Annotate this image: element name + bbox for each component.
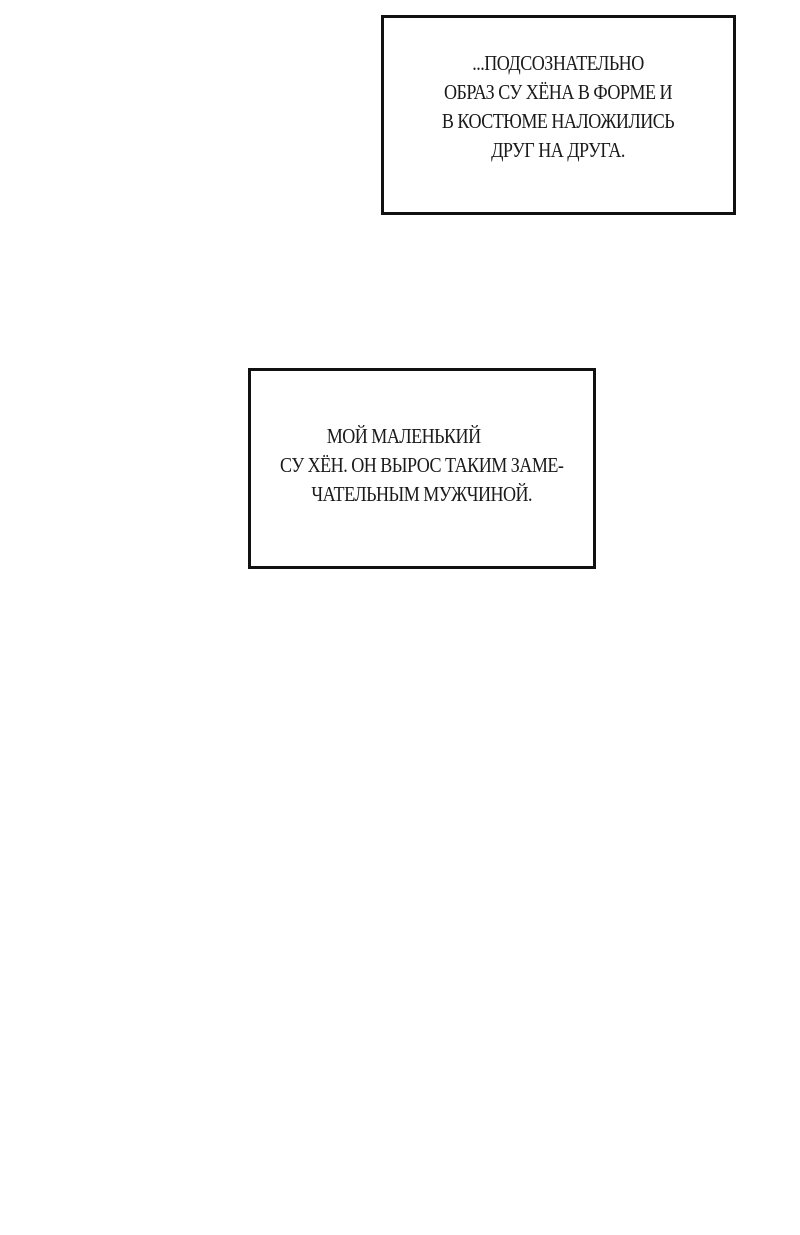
caption-line: ДРУГ НА ДРУГА. (442, 136, 674, 165)
caption-line: ЧАТЕЛЬНЫМ МУЖЧИНОЙ. (280, 480, 563, 509)
comic-page: { "page": { "background_color": "#ffffff… (0, 0, 800, 1235)
narration-caption-text: ...ПОДСОЗНАТЕЛЬНО ОБРАЗ СУ ХЁНА В ФОРМЕ … (442, 49, 674, 165)
caption-line: МОЙ МАЛЕНЬКИЙ (280, 422, 563, 451)
narration-caption-text: МОЙ МАЛЕНЬКИЙ СУ ХЁН. ОН ВЫРОС ТАКИМ ЗАМ… (280, 422, 563, 509)
caption-line: СУ ХЁН. ОН ВЫРОС ТАКИМ ЗАМЕ- (280, 451, 563, 480)
narration-caption-box: ...ПОДСОЗНАТЕЛЬНО ОБРАЗ СУ ХЁНА В ФОРМЕ … (381, 15, 736, 215)
narration-caption-box: МОЙ МАЛЕНЬКИЙ СУ ХЁН. ОН ВЫРОС ТАКИМ ЗАМ… (248, 368, 596, 569)
caption-line: ОБРАЗ СУ ХЁНА В ФОРМЕ И (442, 78, 674, 107)
caption-line: В КОСТЮМЕ НАЛОЖИЛИСЬ (442, 107, 674, 136)
caption-line: ...ПОДСОЗНАТЕЛЬНО (442, 49, 674, 78)
